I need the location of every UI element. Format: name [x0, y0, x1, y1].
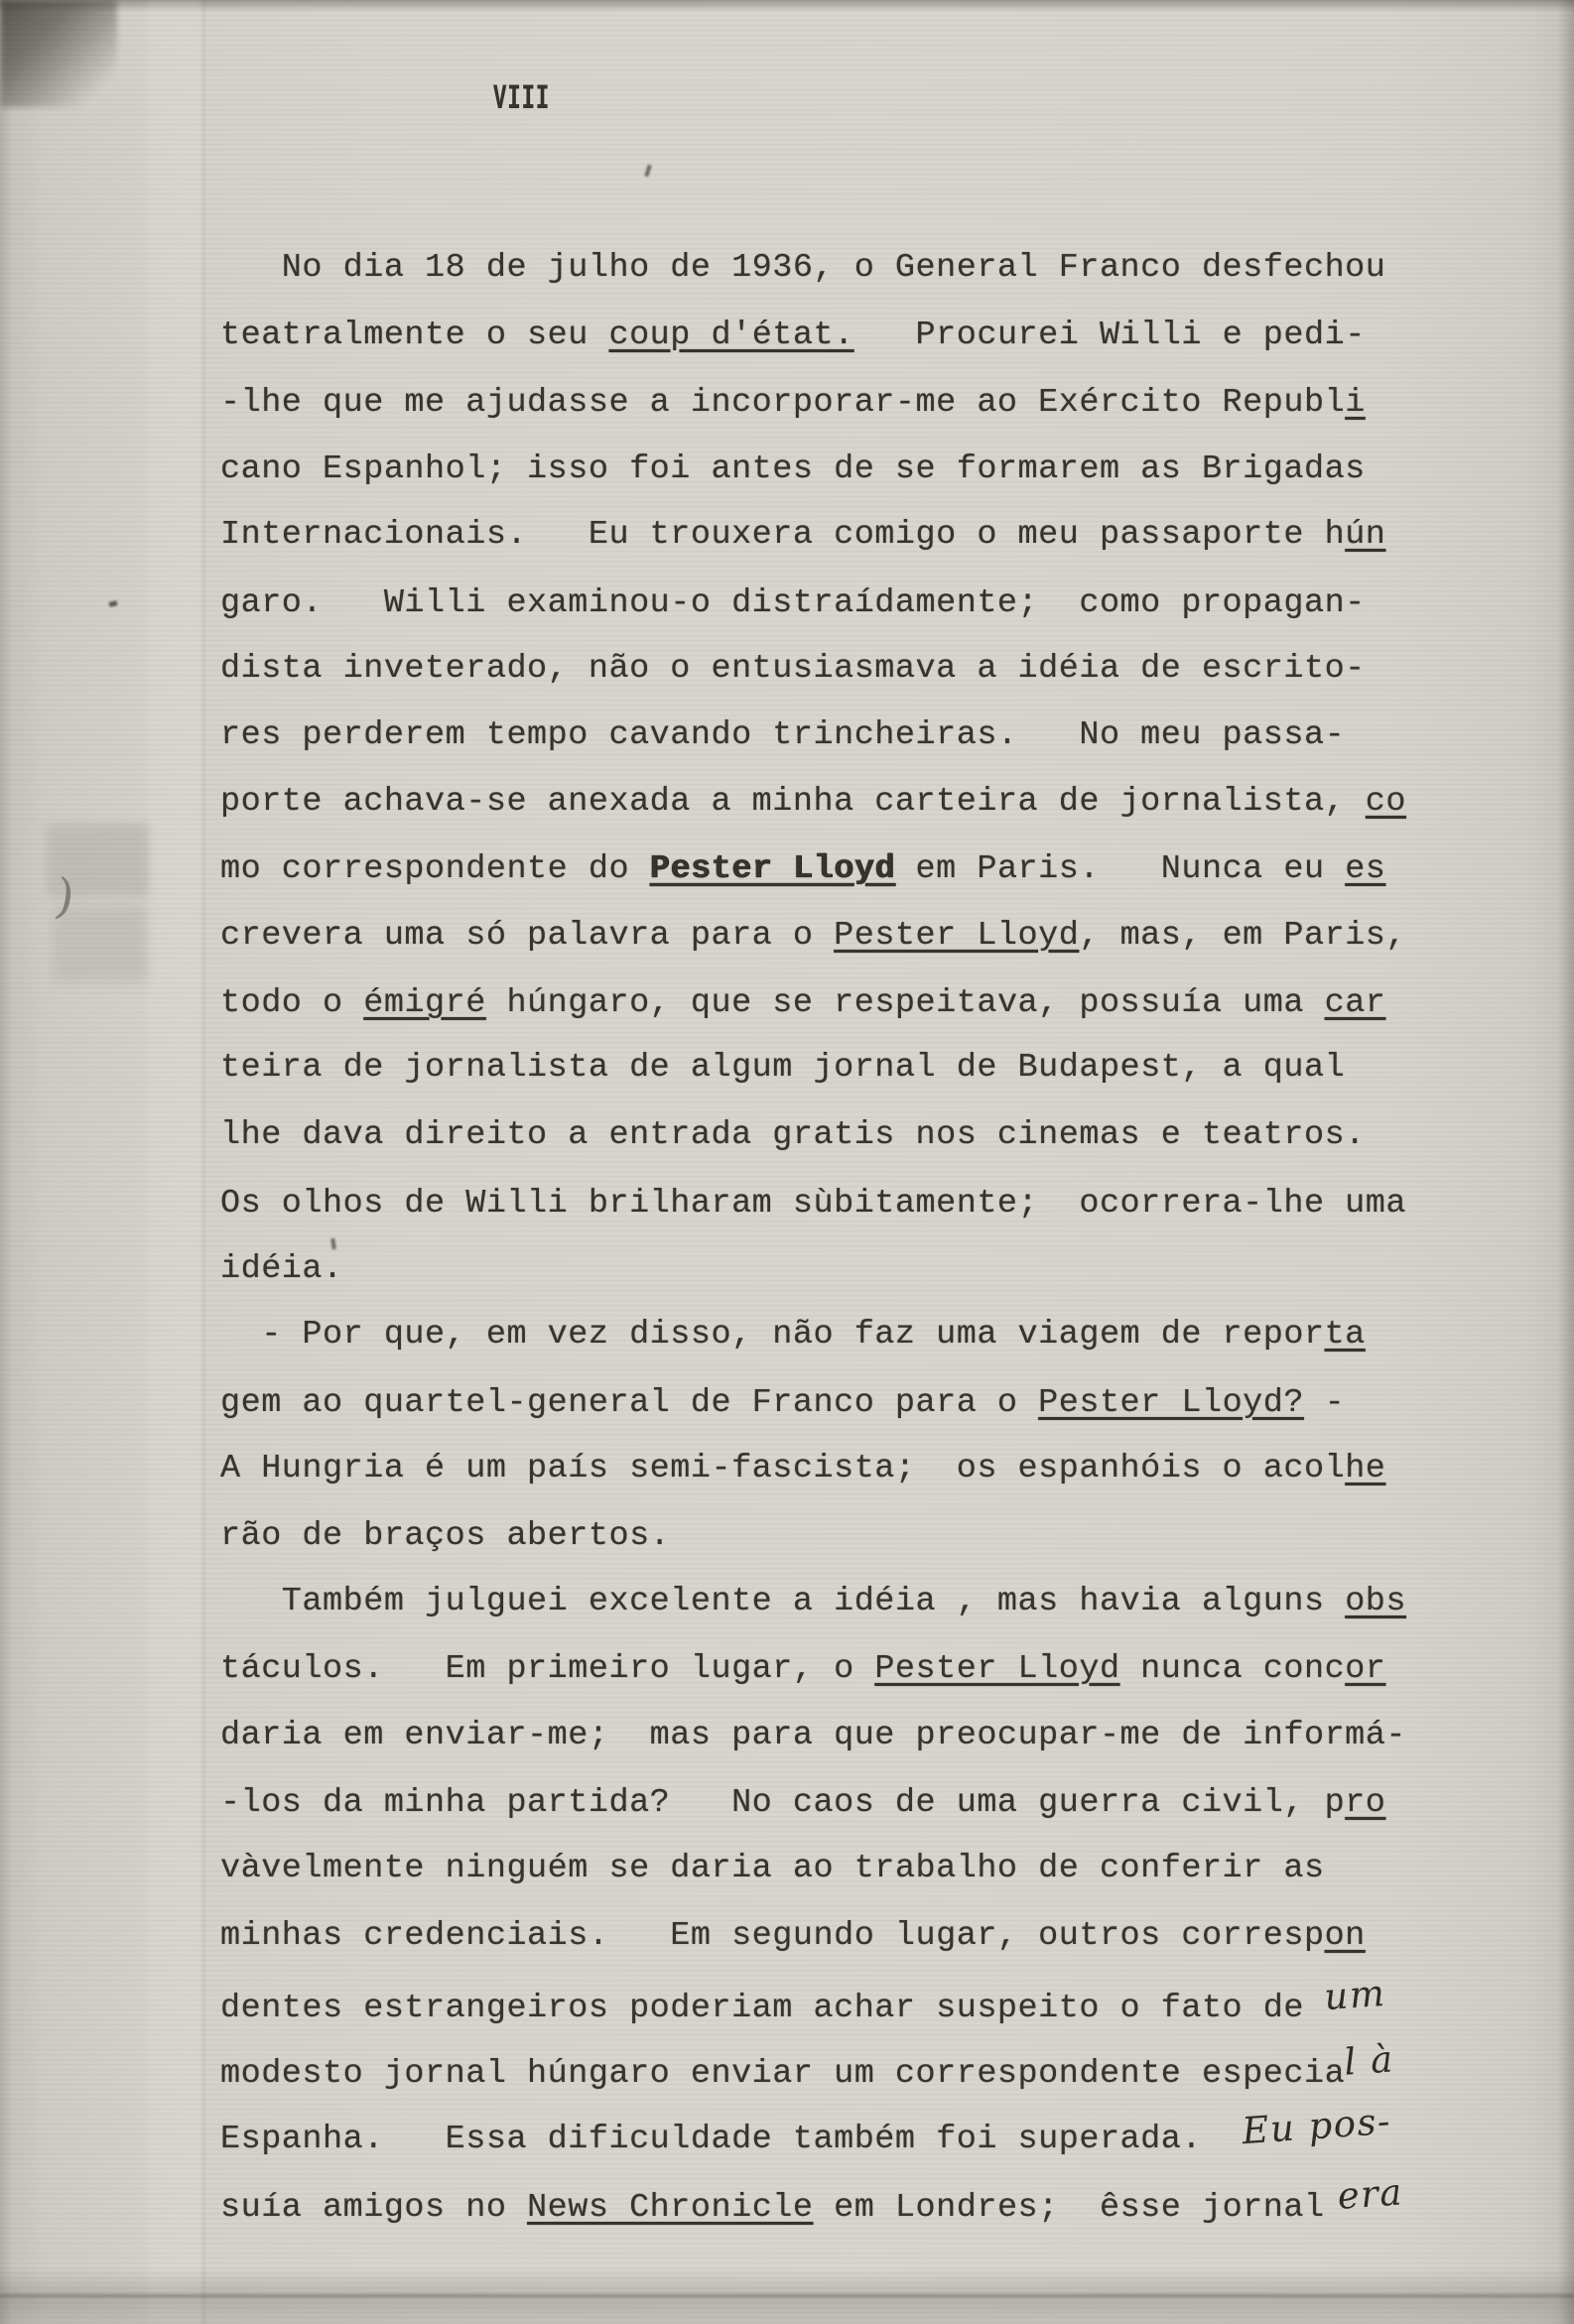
scan-top-edge-shadow	[0, 0, 1574, 12]
typed-segment: i	[1345, 384, 1366, 422]
typed-line: dentes estrangeiros poderiam achar suspe…	[220, 1971, 1406, 2037]
typed-line: minhas credenciais. Em segundo lugar, ou…	[220, 1903, 1406, 1970]
typed-line: -lhe que me ajudasse a incorporar-me ao …	[220, 370, 1406, 437]
typed-segment: porte achava-se anexada a minha carteira…	[220, 783, 1366, 821]
typed-line: suía amigos no News Chronicle em Londres…	[220, 2170, 1406, 2237]
typed-text-block: No dia 18 de julho de 1936, o General Fr…	[220, 236, 1406, 2237]
typed-segment: Os olhos de Willi brilharam sùbitamente;…	[220, 1185, 1406, 1223]
typed-segment: crevera uma só palavra para o	[220, 917, 834, 955]
typed-segment: Procurei Willi e pedi-	[854, 317, 1366, 354]
typed-segment: he	[1345, 1450, 1385, 1487]
typed-segment: Também julguei excelente a idéia , mas h…	[220, 1583, 1345, 1620]
typed-segment: húngaro, que se respeitava, possuía uma	[486, 984, 1325, 1022]
handwritten-annotation: l à	[1342, 2025, 1396, 2096]
typed-line: mo correspondente do Pester Lloyd em Par…	[220, 837, 1406, 903]
paper-crease-highlight	[147, 0, 200, 2324]
typed-line: Também julguei excelente a idéia , mas h…	[220, 1569, 1406, 1635]
typed-segment: cano Espanhol; isso foi antes de se form…	[220, 451, 1366, 488]
typed-segment: teatralmente o seu	[220, 317, 608, 354]
typed-segment: nunca conc	[1120, 1650, 1346, 1688]
typed-segment: News Chronicle	[527, 2189, 813, 2227]
typed-line: teira de jornalista de algum jornal de B…	[220, 1035, 1406, 1101]
typed-segment: or	[1345, 1650, 1385, 1688]
typed-line: teatralmente o seu coup d'état. Procurei…	[220, 303, 1406, 369]
typed-line: res perderem tempo cavando trincheiras. …	[220, 703, 1406, 769]
typed-segment: Pester Lloyd	[834, 917, 1079, 955]
typed-segment: res perderem tempo cavando trincheiras. …	[220, 716, 1345, 754]
typed-segment: táculos. Em primeiro lugar, o	[220, 1650, 874, 1688]
scan-bottom-line	[0, 2294, 1574, 2297]
typed-segment: ta	[1325, 1316, 1366, 1354]
scan-corner-shadow	[0, 0, 117, 107]
typed-line: rão de braços abertos.	[220, 1503, 1406, 1570]
typed-line: garo. Willi examinou-o distraídamente; c…	[220, 571, 1406, 637]
typed-segment: -los da minha partida? No caos de uma gu…	[220, 1784, 1345, 1822]
typed-line: Internacionais. Eu trouxera comigo o meu…	[220, 502, 1406, 569]
typed-line: dista inveterado, não o entusiasmava a i…	[220, 636, 1406, 703]
typed-segment: Internacionais. Eu trouxera comigo o meu…	[220, 516, 1345, 554]
typed-segment: -	[1304, 1384, 1345, 1422]
ink-speck	[109, 600, 118, 607]
typed-segment: em Londres; êsse jornal	[814, 2189, 1325, 2227]
typed-segment: - Por que, em vez disso, não faz uma via…	[220, 1316, 1325, 1354]
typed-segment: daria em enviar-me; mas para que preocup…	[220, 1717, 1406, 1754]
typed-segment: obs	[1345, 1583, 1406, 1620]
typed-segment: No dia 18 de julho de 1936, o General Fr…	[220, 249, 1385, 287]
typed-segment: rão de braços abertos.	[220, 1517, 670, 1555]
typed-segment: Espanha. Essa dificuldade também foi sup…	[220, 2121, 1243, 2158]
typed-segment: suía amigos no	[220, 2189, 527, 2227]
typed-segment: car	[1325, 984, 1386, 1022]
scan-right-edge-shadow	[1558, 0, 1574, 2324]
handwritten-annotation: Eu pos-	[1240, 2088, 1393, 2165]
typed-segment: minhas credenciais. Em segundo lugar, ou…	[220, 1917, 1325, 1955]
typed-segment: vàvelmente ninguém se daria ao trabalho …	[220, 1850, 1325, 1887]
typed-segment: , mas, em Paris,	[1079, 917, 1406, 955]
typed-segment: lhe dava direito a entrada gratis nos ci…	[220, 1116, 1366, 1154]
typed-segment: dista inveterado, não o entusiasmava a i…	[220, 650, 1366, 688]
typed-segment: modesto jornal húngaro enviar um corresp…	[220, 2055, 1345, 2093]
typed-segment: dentes estrangeiros poderiam achar suspe…	[220, 1990, 1325, 2027]
typed-segment: garo. Willi examinou-o distraídamente; c…	[220, 584, 1366, 622]
typed-line: modesto jornal húngaro enviar um corresp…	[220, 2036, 1406, 2103]
typed-segment: on	[1325, 1917, 1366, 1955]
typed-segment: todo o	[220, 984, 363, 1022]
typed-line: daria em enviar-me; mas para que preocup…	[220, 1703, 1406, 1769]
typed-line: A Hungria é um país semi-fascista; os es…	[220, 1436, 1406, 1502]
handwritten-annotation: era	[1322, 2159, 1405, 2232]
typed-segment: em Paris. Nunca eu	[895, 850, 1345, 888]
typed-line: todo o émigré húngaro, que se respeitava…	[220, 970, 1406, 1037]
typed-segment: mo correspondente do	[220, 850, 650, 888]
typed-line: - Por que, em vez disso, não faz uma via…	[220, 1302, 1406, 1368]
paper-crease-line	[202, 0, 205, 2324]
page-number: VIII	[493, 79, 550, 119]
typed-segment: Pester Lloyd	[874, 1650, 1119, 1688]
typed-segment: A Hungria é um país semi-fascista; os es…	[220, 1450, 1345, 1487]
typed-segment: co	[1366, 783, 1406, 821]
typed-segment: es	[1345, 850, 1385, 888]
typed-segment: ún	[1345, 516, 1385, 554]
typed-line: gem ao quartel-general de Franco para o …	[220, 1370, 1406, 1437]
typed-line: lhe dava direito a entrada gratis nos ci…	[220, 1102, 1406, 1169]
typed-line: cano Espanhol; isso foi antes de se form…	[220, 437, 1406, 503]
typed-line: -los da minha partida? No caos de uma gu…	[220, 1770, 1406, 1837]
typed-line: Os olhos de Willi brilharam sùbitamente;…	[220, 1171, 1406, 1237]
typed-segment: Pester Lloyd?	[1038, 1384, 1304, 1422]
typed-segment: gem ao quartel-general de Franco para o	[220, 1384, 1038, 1422]
typed-line: porte achava-se anexada a minha carteira…	[220, 769, 1406, 836]
typed-segment: teira de jornalista de algum jornal de B…	[220, 1049, 1345, 1087]
typed-segment: Pester Lloyd	[650, 850, 895, 888]
handwritten-annotation: um	[1322, 1960, 1387, 2030]
typed-line: crevera uma só palavra para o Pester Llo…	[220, 903, 1406, 969]
typed-segment: ro	[1345, 1784, 1385, 1822]
ink-speck	[644, 165, 652, 178]
typed-segment: -lhe que me ajudasse a incorporar-me ao …	[220, 384, 1345, 422]
typed-line: Espanha. Essa dificuldade também foi sup…	[220, 2102, 1406, 2168]
typed-segment: idéia.	[220, 1250, 343, 1288]
typed-line: idéia.	[220, 1236, 1406, 1303]
typed-line: vàvelmente ninguém se daria ao trabalho …	[220, 1836, 1406, 1902]
typed-line: táculos. Em primeiro lugar, o Pester Llo…	[220, 1636, 1406, 1703]
typed-segment: émigré	[363, 984, 486, 1022]
typed-segment: coup d'état.	[608, 317, 853, 354]
typed-line: No dia 18 de julho de 1936, o General Fr…	[220, 235, 1406, 302]
scanned-typescript-page: VIII ) No dia 18 de julho de 1936, o Gen…	[0, 0, 1574, 2324]
